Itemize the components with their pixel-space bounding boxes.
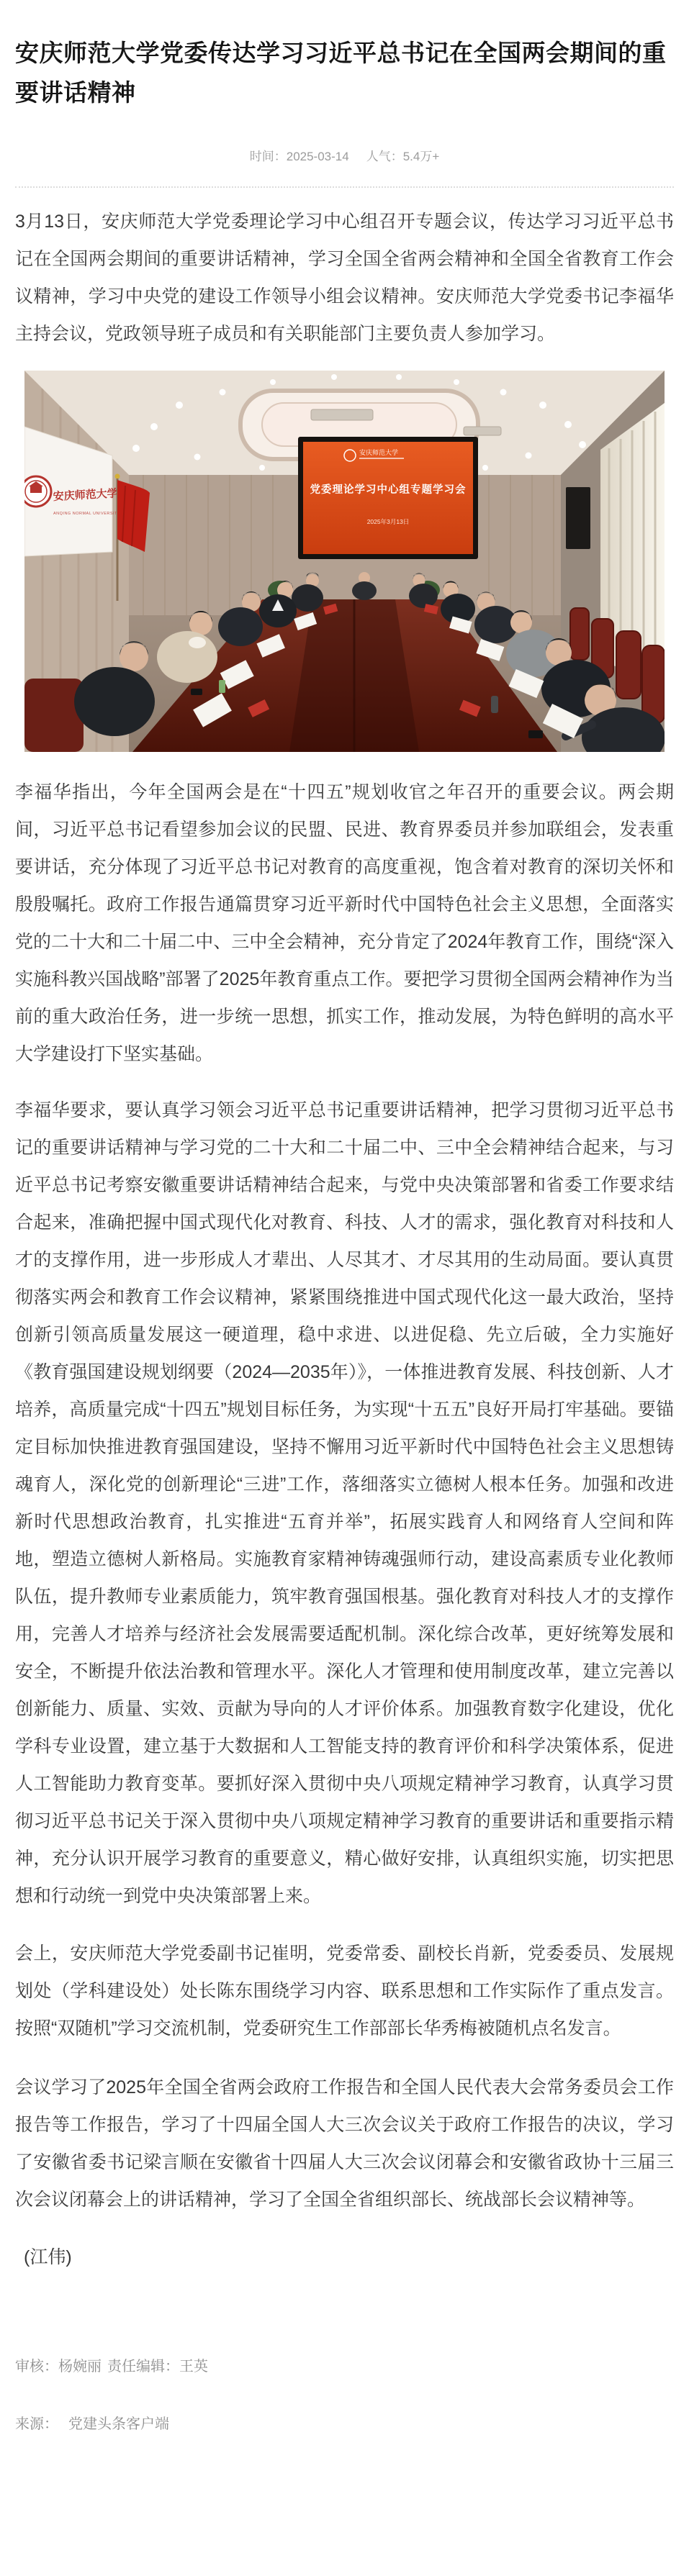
meta-time-value: 2025-03-14 <box>287 150 349 163</box>
meta-views-label: 人气： <box>366 150 403 163</box>
article-paragraph: 会议学习了2025年全国全省两会政府工作报告和全国人民代表大会常务委员会工作报告… <box>15 2069 674 2218</box>
article-byline: (江伟) <box>15 2239 674 2276</box>
article-paragraph: 会上，安庆师范大学党委副书记崔明，党委常委、副校长肖新，党委委员、发展规划处（学… <box>15 1935 674 2047</box>
wall-sub-text: ANQING NORMAL UNIVERSITY <box>53 512 120 516</box>
editor-label: 责任编辑： <box>107 2357 179 2377</box>
meta-time: 时间：2025-03-14 <box>250 148 349 165</box>
article-paragraph: 李福华要求，要认真学习领会习近平总书记重要讲话精神，把学习贯彻习近平总书记的重要… <box>15 1092 674 1915</box>
meta-views-value: 5.4万+ <box>403 150 440 163</box>
article-page: 安庆师范大学党委传达学习习近平总书记在全国两会期间的重要讲话精神 时间：2025… <box>0 0 689 2464</box>
article-paragraph: 3月13日，安庆师范大学党委理论学习中心组召开专题会议，传达学习习近平总书记在全… <box>15 203 674 353</box>
source-label: 来源： <box>15 2414 58 2434</box>
source-value: 党建头条客户端 <box>68 2414 169 2434</box>
meta-views: 人气：5.4万+ <box>366 148 440 165</box>
page-title: 安庆师范大学党委传达学习习近平总书记在全国两会期间的重要讲话精神 <box>15 33 674 112</box>
editor-name: 王英 <box>179 2357 208 2377</box>
meta-time-label: 时间： <box>250 150 287 163</box>
footer-review-row: 审核：杨婉丽责任编辑：王英 <box>15 2357 674 2377</box>
side-monitor <box>566 487 590 549</box>
footer-source-row: 来源：党建头条客户端 <box>15 2414 674 2434</box>
article-footer: 审核：杨婉丽责任编辑：王英 来源：党建头条客户端 <box>15 2357 674 2434</box>
dotted-divider <box>15 186 674 188</box>
slide-title: 党委理论学习中心组专题学习会 <box>310 483 467 496</box>
corner-chair <box>24 679 84 752</box>
article-meta: 时间：2025-03-14 人气：5.4万+ <box>15 148 674 165</box>
article-photo: 安庆师范大学 ANQING NORMAL UNIVERSITY 安庆师范大学 <box>24 371 665 752</box>
review-label: 审核： <box>15 2357 58 2377</box>
reviewer-name: 杨婉丽 <box>58 2357 102 2377</box>
article-paragraph: 李福华指出，今年全国两会是在“十四五”规划收官之年召开的重要会议。两会期间，习近… <box>15 774 674 1073</box>
slide-header-text: 安庆师范大学 <box>359 448 398 456</box>
presentation-screen: 安庆师范大学 党委理论学习中心组专题学习会 2025年3月13日 <box>298 437 478 559</box>
meeting-room-illustration: 安庆师范大学 ANQING NORMAL UNIVERSITY 安庆师范大学 <box>24 371 665 752</box>
slide-date: 2025年3月13日 <box>367 518 410 525</box>
